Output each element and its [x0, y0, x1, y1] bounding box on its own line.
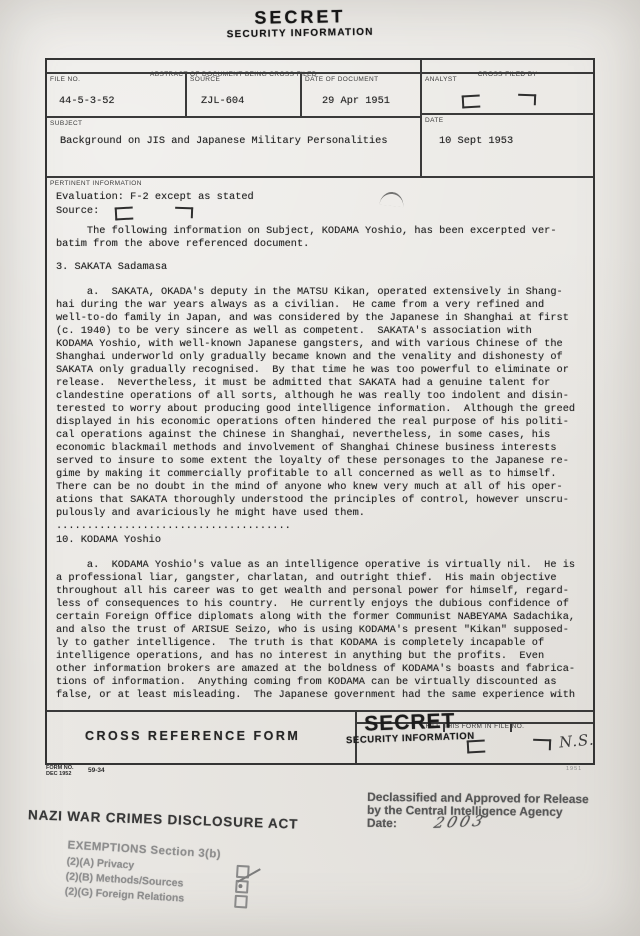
section3-paragraph: a. SAKATA, OKADA's deputy in the MATSU K… [56, 286, 590, 520]
subject-value: Background on JIS and Japanese Military … [60, 135, 388, 148]
date-cross-filed-value: 10 Sept 1953 [439, 135, 513, 148]
date-of-document-cell: DATE OF DOCUMENT 29 Apr 1951 [302, 74, 422, 118]
source-right-bracket-pen-mark [175, 207, 193, 219]
source-value: ZJL-604 [201, 95, 244, 108]
form-title: CROSS REFERENCE FORM [85, 729, 300, 743]
declassified-date-row: Date: 2003 [367, 817, 589, 832]
source-left-bracket-pen-mark [115, 207, 134, 221]
source-line-label: Source: [56, 205, 99, 218]
nazi-war-crimes-stamp: NAZI WAR CRIMES DISCLOSURE ACT [28, 807, 299, 831]
scanned-document-page: SECRET SECURITY INFORMATION ABSTRACT OF … [0, 0, 640, 936]
file-no-value: 44-5-3-52 [59, 95, 115, 108]
security-information-stamp-text: SECURITY INFORMATION [205, 26, 395, 40]
separator-dots: ...................................... [56, 520, 590, 533]
source-cell: SOURCE ZJL-604 [187, 74, 302, 118]
analyst-label: ANALYST [425, 76, 593, 84]
subject-cell: SUBJECT Background on JIS and Japanese M… [47, 118, 422, 178]
tick-mark [510, 724, 512, 732]
date-label: DATE [425, 117, 593, 125]
form-title-cell: CROSS REFERENCE FORM [47, 712, 357, 763]
analyst-cell: ANALYST [422, 74, 593, 115]
section10-heading: 10. KODAMA Yoshio [56, 534, 590, 547]
form-number-line2: DEC 1952 [46, 771, 74, 777]
secret-stamp-bottom: SECRET SECURITY INFORMATION [329, 708, 490, 747]
right-bracket-pen-mark [518, 94, 536, 106]
file-no-right-bracket-pen-mark [533, 739, 551, 751]
file-no-label: FILE NO. [50, 76, 185, 84]
pertinent-information-section: PERTINENT INFORMATION Evaluation: F-2 ex… [47, 178, 593, 712]
secret-stamp-top: SECRET SECURITY INFORMATION [205, 5, 396, 40]
form-number-code: 59-34 [88, 767, 105, 774]
form-number-block: FORM NO. DEC 1952 [46, 765, 74, 777]
cross-filed-by-cell: CROSS FILED BY [422, 60, 593, 74]
declassified-stamp: Declassified and Approved for Release by… [367, 791, 589, 832]
ns-handwritten-mark: N.S. [558, 730, 595, 751]
document-body-text: Evaluation: F-2 except as stated Source:… [56, 191, 590, 702]
left-bracket-pen-mark [462, 95, 481, 109]
source-label: SOURCE [190, 76, 300, 84]
pertinent-information-label: PERTINENT INFORMATION [50, 180, 593, 188]
evaluation-line: Evaluation: F-2 except as stated [56, 191, 590, 204]
declassified-date-handwritten: 2003 [433, 815, 488, 830]
declassified-date-label: Date: [367, 817, 397, 830]
date-cross-filed-cell: DATE 10 Sept 1953 [422, 115, 593, 178]
source-line: Source: [56, 204, 590, 219]
excerpt-paragraph: The following information on Subject, KO… [56, 225, 590, 251]
exemptions-stamp: EXEMPTIONS Section 3(b) (2)(A) Privacy (… [64, 839, 250, 909]
section10-paragraph: a. KODAMA Yoshio's value as an intellige… [56, 559, 590, 702]
section3-heading: 3. SAKATA Sadamasa [56, 261, 590, 274]
date-of-document-value: 29 Apr 1951 [322, 95, 390, 108]
file-no-cell: FILE NO. 44-5-3-52 [47, 74, 187, 118]
corner-print-mark: 1951 [566, 766, 582, 772]
cross-reference-form: ABSTRACT OF DOCUMENT BEING CROSS FILED C… [45, 58, 595, 765]
abstract-header-cell: ABSTRACT OF DOCUMENT BEING CROSS FILED [47, 60, 422, 74]
checkbox-unchecked [234, 895, 248, 909]
date-of-document-label: DATE OF DOCUMENT [305, 76, 420, 84]
subject-label: SUBJECT [50, 120, 420, 128]
